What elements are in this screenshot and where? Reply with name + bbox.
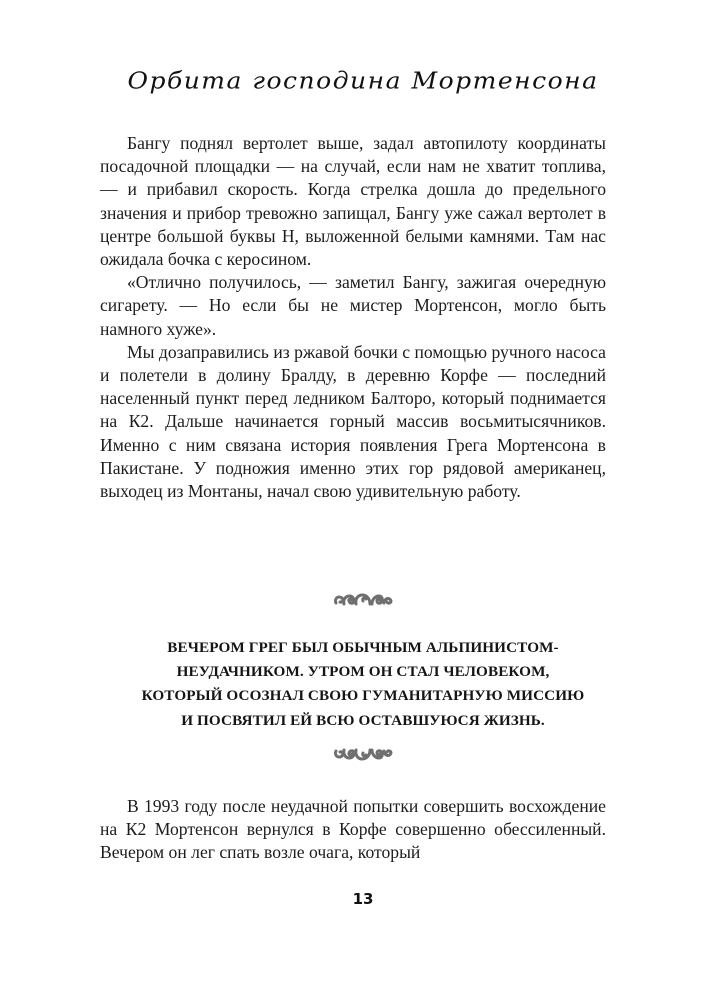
pull-quote-line: КОТОРЫЙ ОСОЗНАЛ СВОЮ ГУМАНИТАРНУЮ МИССИЮ — [100, 684, 626, 708]
pull-quote: ВЕЧЕРОМ ГРЕГ БЫЛ ОБЫЧНЫМ АЛЬПИНИСТОМ- НЕ… — [100, 636, 626, 733]
swirl-ornament-inverted-icon — [0, 745, 726, 765]
pull-quote-line: И ПОСВЯТИЛ ЕЙ ВСЮ ОСТАВШУЮСЯ ЖИЗНЬ. — [100, 709, 626, 733]
page-number: 13 — [0, 890, 726, 908]
pull-quote-line: ВЕЧЕРОМ ГРЕГ БЫЛ ОБЫЧНЫМ АЛЬПИНИСТОМ- — [100, 636, 626, 660]
paragraph: В 1993 году после неудачной попытки сове… — [100, 795, 606, 865]
running-head: Орбита господина Мортенсона — [0, 67, 726, 95]
swirl-ornament-icon — [0, 589, 726, 609]
paragraph: «Отлично получилось, — заметил Бангу, за… — [100, 271, 606, 341]
body-text-bottom: В 1993 году после неудачной попытки сове… — [100, 795, 606, 865]
body-text-top: Бангу поднял вертолет выше, задал автопи… — [100, 132, 606, 503]
paragraph: Бангу поднял вертолет выше, задал автопи… — [100, 132, 606, 271]
paragraph: Мы дозаправились из ржавой бочки с помощ… — [100, 341, 606, 503]
pull-quote-line: НЕУДАЧНИКОМ. УТРОМ ОН СТАЛ ЧЕЛОВЕКОМ, — [100, 660, 626, 684]
book-page: Орбита господина Мортенсона Бангу поднял… — [0, 0, 726, 1000]
